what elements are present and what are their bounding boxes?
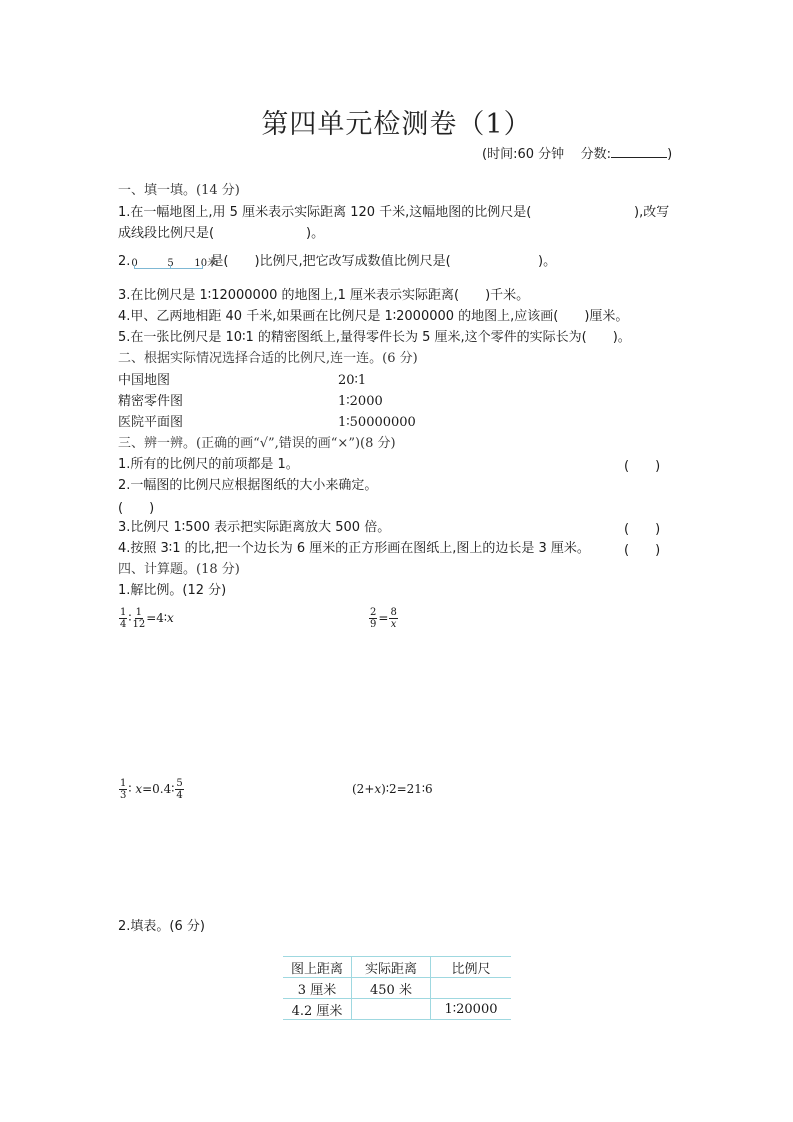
question-1-5: 5.在一张比例尺是 10∶1 的精密图纸上,量得零件长为 5 厘米,这个零件的实…	[118, 328, 631, 348]
judge-answer-4[interactable]: ( )	[624, 539, 660, 558]
match-left-2[interactable]: 精密零件图	[118, 392, 183, 412]
question-1-1-end: ),改写	[634, 203, 669, 223]
judge-item-2: 2.一幅图的比例尺应根据图纸的大小来确定。	[118, 476, 377, 496]
sub-question-2: 2.填表。(6 分)	[118, 917, 205, 937]
score-label: 分数:	[581, 147, 611, 162]
question-1-2: 2. 0 5 10米 是( )比例尺,把它改写成数值比例尺是(	[118, 252, 451, 272]
question-1-1-line2-end: )。	[306, 224, 324, 244]
question-1-4: 4.甲、乙两地相距 40 千米,如果画在比例尺是 1∶2000000 的地图上,…	[118, 307, 628, 327]
judge-item-1: 1.所有的比例尺的前项都是 1。	[118, 455, 299, 475]
question-1-1: 1.在一幅地图上,用 5 厘米表示实际距离 120 千米,这幅地图的比例尺是(	[118, 203, 531, 223]
table-row: 4.2 厘米 1∶20000	[283, 999, 511, 1020]
match-right-2[interactable]: 1∶2000	[338, 392, 383, 412]
section-3-heading: 三、辨一辨。(正确的画“√”,错误的画“×”)(8 分)	[118, 434, 396, 454]
match-left-3[interactable]: 医院平面图	[118, 413, 183, 433]
match-right-1[interactable]: 20∶1	[338, 371, 366, 391]
match-right-3[interactable]: 1∶50000000	[338, 413, 416, 433]
match-left-1[interactable]: 中国地图	[118, 371, 170, 391]
exam-meta: (时间:60 分钟 分数:)	[482, 143, 672, 162]
table-row: 3 厘米 450 米	[283, 978, 511, 999]
time-label: (时间:60 分钟	[482, 147, 564, 162]
blank-cell[interactable]	[431, 978, 512, 999]
equation-3: 13∶ x=0.4∶54	[118, 778, 185, 801]
judge-item-4: 4.按照 3∶1 的比,把一个边长为 6 厘米的正方形画在图纸上,图上的边长是 …	[118, 539, 590, 559]
question-1-1-line2: 成线段比例尺是(	[118, 224, 214, 244]
equation-1: 14∶112=4∶x	[118, 607, 174, 630]
question-1-2-end: )。	[538, 252, 556, 272]
judge-answer-2[interactable]: ( )	[118, 497, 154, 516]
judge-answer-3[interactable]: ( )	[624, 518, 660, 537]
section-1-heading: 一、填一填。(14 分)	[118, 181, 240, 201]
col-map-distance: 图上距离	[283, 957, 352, 978]
page-title: 第四单元检测卷（1）	[0, 102, 793, 141]
sub-question-1: 1.解比例。(12 分)	[118, 581, 226, 601]
col-scale: 比例尺	[431, 957, 512, 978]
blank-cell[interactable]	[352, 999, 431, 1020]
score-blank[interactable]	[611, 145, 667, 158]
cell: 450 米	[352, 978, 431, 999]
section-2-heading: 二、根据实际情况选择合适的比例尺,连一连。(6 分)	[118, 349, 418, 369]
fill-table: 图上距离 实际距离 比例尺 3 厘米 450 米 4.2 厘米 1∶20000	[283, 956, 511, 1020]
table-header-row: 图上距离 实际距离 比例尺	[283, 957, 511, 978]
cell: 4.2 厘米	[283, 999, 352, 1020]
section-4-heading: 四、计算题。(18 分)	[118, 560, 240, 580]
cell: 1∶20000	[431, 999, 512, 1020]
col-actual-distance: 实际距离	[352, 957, 431, 978]
equation-4: (2+x)∶2=21∶6	[352, 782, 433, 796]
cell: 3 厘米	[283, 978, 352, 999]
question-1-3: 3.在比例尺是 1∶12000000 的地图上,1 厘米表示实际距离( )千米。	[118, 286, 529, 306]
equation-2: 29=8x	[368, 607, 399, 630]
judge-answer-1[interactable]: ( )	[624, 455, 660, 474]
line-scale-bar: 0 5 10米	[130, 254, 210, 272]
judge-item-3: 3.比例尺 1∶500 表示把实际距离放大 500 倍。	[118, 518, 390, 538]
